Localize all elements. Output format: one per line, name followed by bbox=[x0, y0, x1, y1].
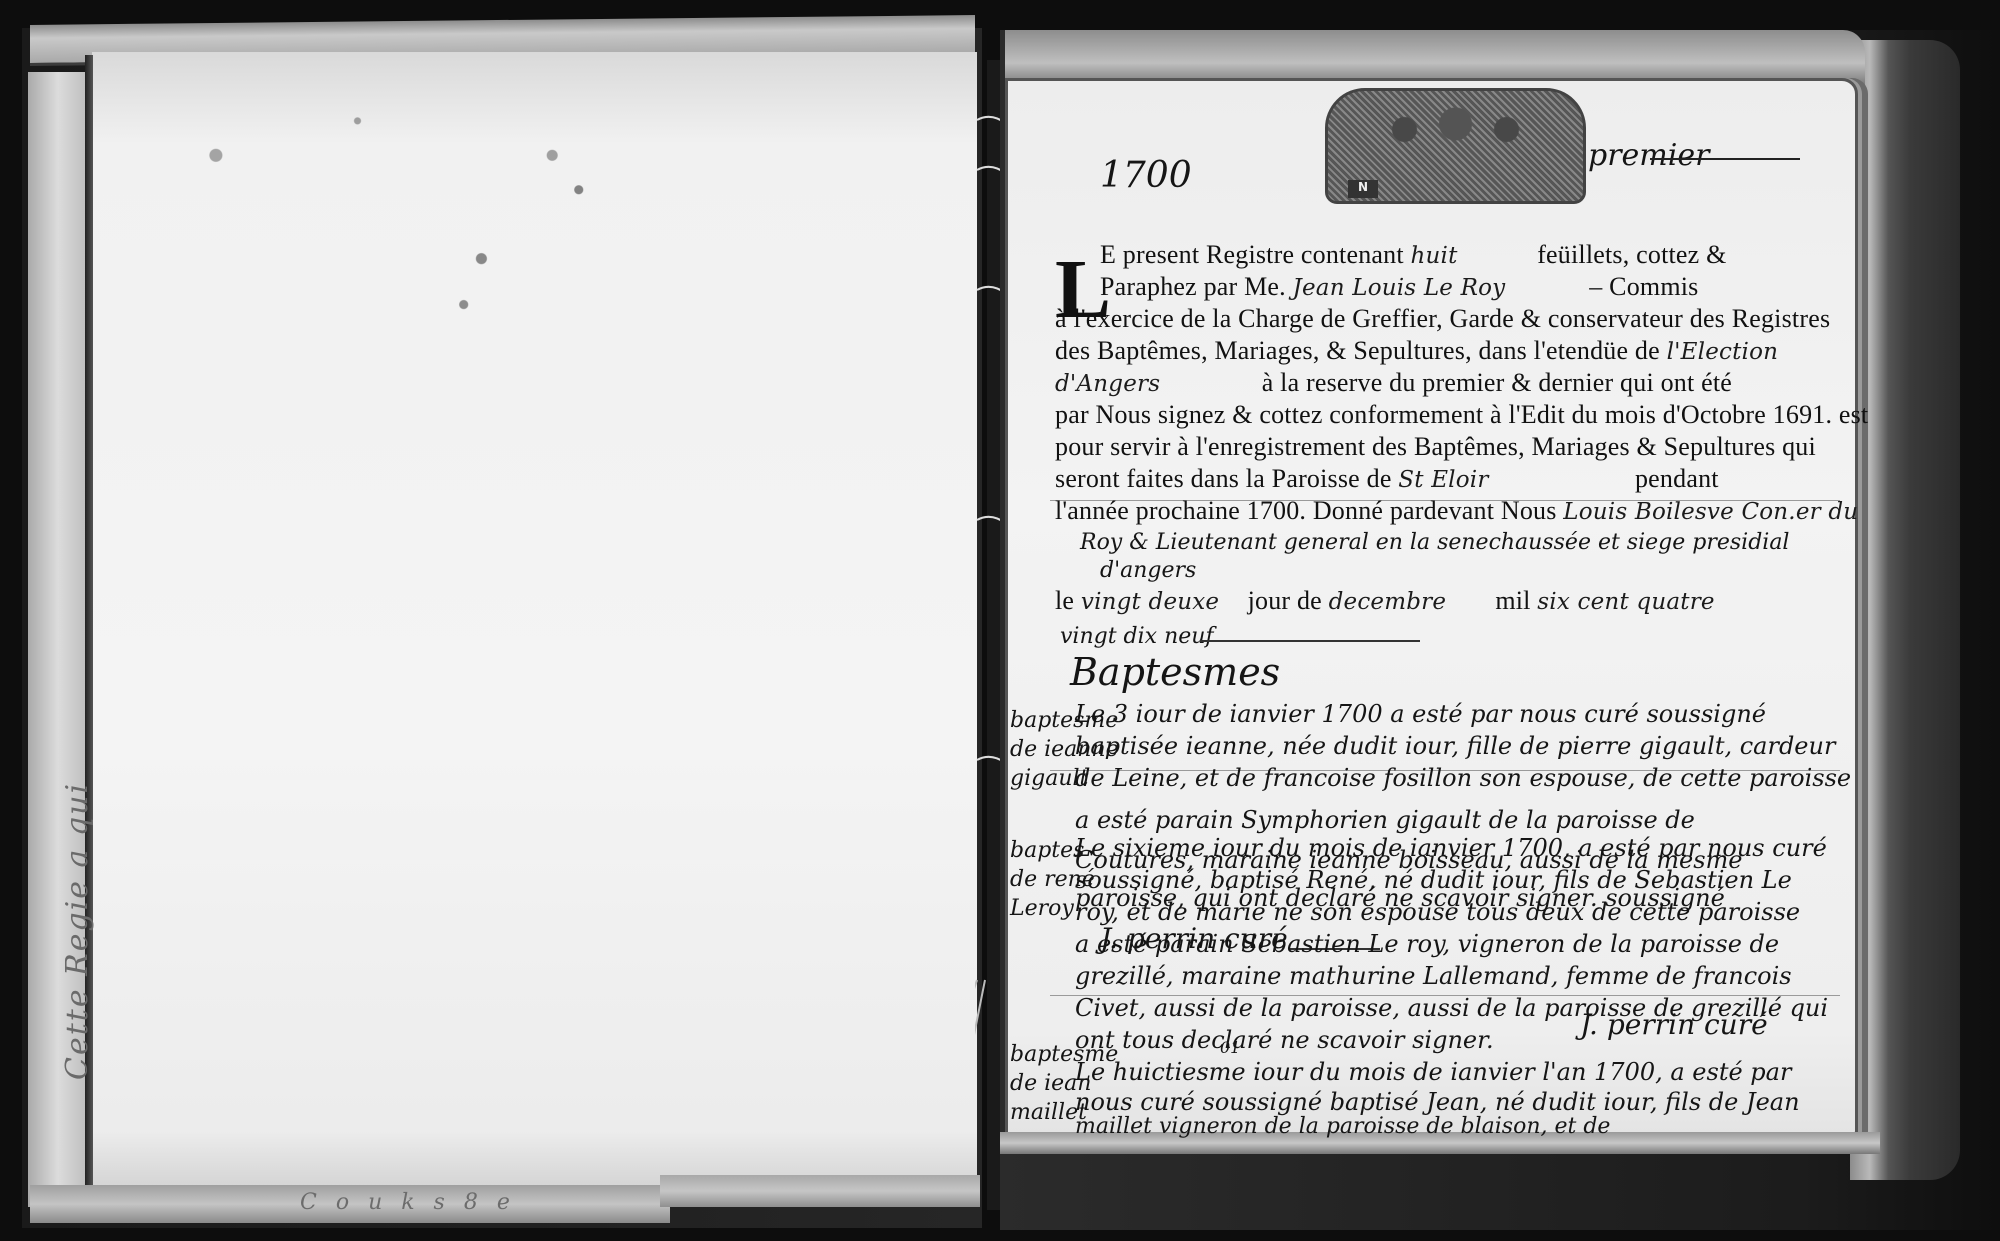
preamble-line-3: à l'exercice de la Charge de Greffier, G… bbox=[1055, 304, 1830, 334]
preamble-line-5: d'Angers à la reserve du premier & derni… bbox=[1055, 368, 1732, 398]
premier-underline bbox=[1650, 158, 1800, 160]
entry-3-superscript: 01 bbox=[1220, 1038, 1240, 1057]
print-text: E present Registre contenant bbox=[1100, 240, 1404, 269]
handwritten-fill: decembre bbox=[1329, 589, 1489, 615]
preamble-line-1: E present Registre contenant huit feüill… bbox=[1100, 240, 1727, 270]
print-text: l'année prochaine 1700. Donné pardevant … bbox=[1055, 496, 1557, 525]
preamble-line-9: l'année prochaine 1700. Donné pardevant … bbox=[1055, 496, 1858, 526]
preamble-line-2: Paraphez par Me. Jean Louis Le Roy – Com… bbox=[1100, 272, 1698, 302]
preamble-line-7: pour servir à l'enregistrement des Baptê… bbox=[1055, 432, 1816, 462]
handwritten-fill: huit bbox=[1410, 243, 1530, 269]
premier-note: premier bbox=[1588, 138, 1709, 173]
entry-1-line-3: de Leine, et de francoise fosillon son e… bbox=[1075, 764, 1851, 792]
print-text: par Nous signez & cottez conformement à … bbox=[1055, 400, 1868, 429]
print-text: mil bbox=[1495, 586, 1530, 615]
entry-3-line-3: maillet vigneron de la paroisse de blais… bbox=[1075, 1114, 1610, 1139]
entry-2-line-5: grezillé, maraine mathurine Lallemand, f… bbox=[1075, 962, 1792, 990]
handwritten-fill: Jean Louis Le Roy bbox=[1293, 275, 1583, 301]
print-text: pendant bbox=[1635, 464, 1719, 493]
print-text: à la reserve du premier & dernier qui on… bbox=[1262, 368, 1732, 397]
left-page-bottom-edge-right bbox=[660, 1175, 980, 1207]
print-text: à l'exercice de la Charge de Greffier, G… bbox=[1055, 304, 1830, 333]
seal-label: N bbox=[1348, 180, 1378, 198]
print-text: jour de bbox=[1248, 586, 1322, 615]
entry-2-line-4: a esté parain Sebastien Le roy, vigneron… bbox=[1075, 930, 1779, 958]
entry-2-line-1: Le sixieme iour du mois de ianvier 1700,… bbox=[1075, 834, 1827, 862]
preamble-hand-continuation-1: Roy & Lieutenant general en la senechaus… bbox=[1080, 530, 1789, 555]
handwritten-fill: six cent quatre bbox=[1537, 589, 1714, 615]
preamble-date-continuation: vingt dix neuf bbox=[1060, 624, 1214, 649]
preamble-line-4: des Baptêmes, Mariages, & Sepultures, da… bbox=[1055, 336, 1778, 366]
preamble-line-6: par Nous signez & cottez conformement à … bbox=[1055, 400, 1868, 430]
preamble-hand-continuation-2: d'angers bbox=[1100, 558, 1196, 583]
print-text: le bbox=[1055, 586, 1074, 615]
bottom-edge-note: C o u k s 8 e bbox=[300, 1190, 600, 1220]
print-text: des Baptêmes, Mariages, & Sepultures, da… bbox=[1055, 336, 1660, 365]
entry-1-line-4: a esté parain Symphorien gigault de la p… bbox=[1075, 806, 1695, 834]
print-text: Paraphez par Me. bbox=[1100, 272, 1286, 301]
entry-3-line-1: Le huictiesme iour du mois de ianvier l'… bbox=[1075, 1058, 1791, 1086]
entry-2-line-2: soussigné, baptisé René, né dudit iour, … bbox=[1075, 866, 1792, 894]
print-text: pour servir à l'enregistrement des Baptê… bbox=[1055, 432, 1816, 461]
entry-1-line-1: Le 3 iour de ianvier 1700 a esté par nou… bbox=[1075, 700, 1766, 728]
handwritten-fill: l'Election bbox=[1667, 339, 1779, 365]
print-text: seront faites dans la Paroisse de bbox=[1055, 464, 1392, 493]
handwritten-fill: Louis Boilesve Con.er du bbox=[1563, 499, 1858, 525]
entry-2-signature: J. perrin curé bbox=[1580, 1008, 1768, 1041]
right-page-top-edge bbox=[1005, 30, 1865, 85]
handwritten-fill: d'Angers bbox=[1055, 371, 1255, 397]
entry-2-line-7: ont tous declaré ne scavoir signer. bbox=[1075, 1026, 1494, 1054]
entry-3-line-2: nous curé soussigné baptisé Jean, né dud… bbox=[1075, 1088, 1800, 1116]
handwritten-fill: St Eloir bbox=[1398, 467, 1628, 493]
print-text: – Commis bbox=[1589, 272, 1698, 301]
spine-note: Cette Regie a qui bbox=[60, 640, 100, 1080]
date-underline bbox=[1200, 640, 1420, 642]
left-blank-page bbox=[92, 52, 981, 1200]
print-text: feüillets, cottez & bbox=[1537, 240, 1726, 269]
section-heading: Baptesmes bbox=[1070, 650, 1280, 694]
right-page-stack-edges bbox=[1850, 40, 1960, 1180]
entry-2-line-3: roy, et de marie ne son espouse tous deu… bbox=[1075, 898, 1800, 926]
handwritten-fill: vingt deuxe bbox=[1081, 589, 1241, 615]
entry-1-line-2: baptisée ieanne, née dudit iour, fille d… bbox=[1075, 732, 1835, 760]
preamble-line-8: seront faites dans la Paroisse de St Elo… bbox=[1055, 464, 1719, 494]
register-year: 1700 bbox=[1100, 155, 1192, 196]
preamble-date-line: le vingt deuxe jour de decembre mil six … bbox=[1055, 586, 1715, 616]
